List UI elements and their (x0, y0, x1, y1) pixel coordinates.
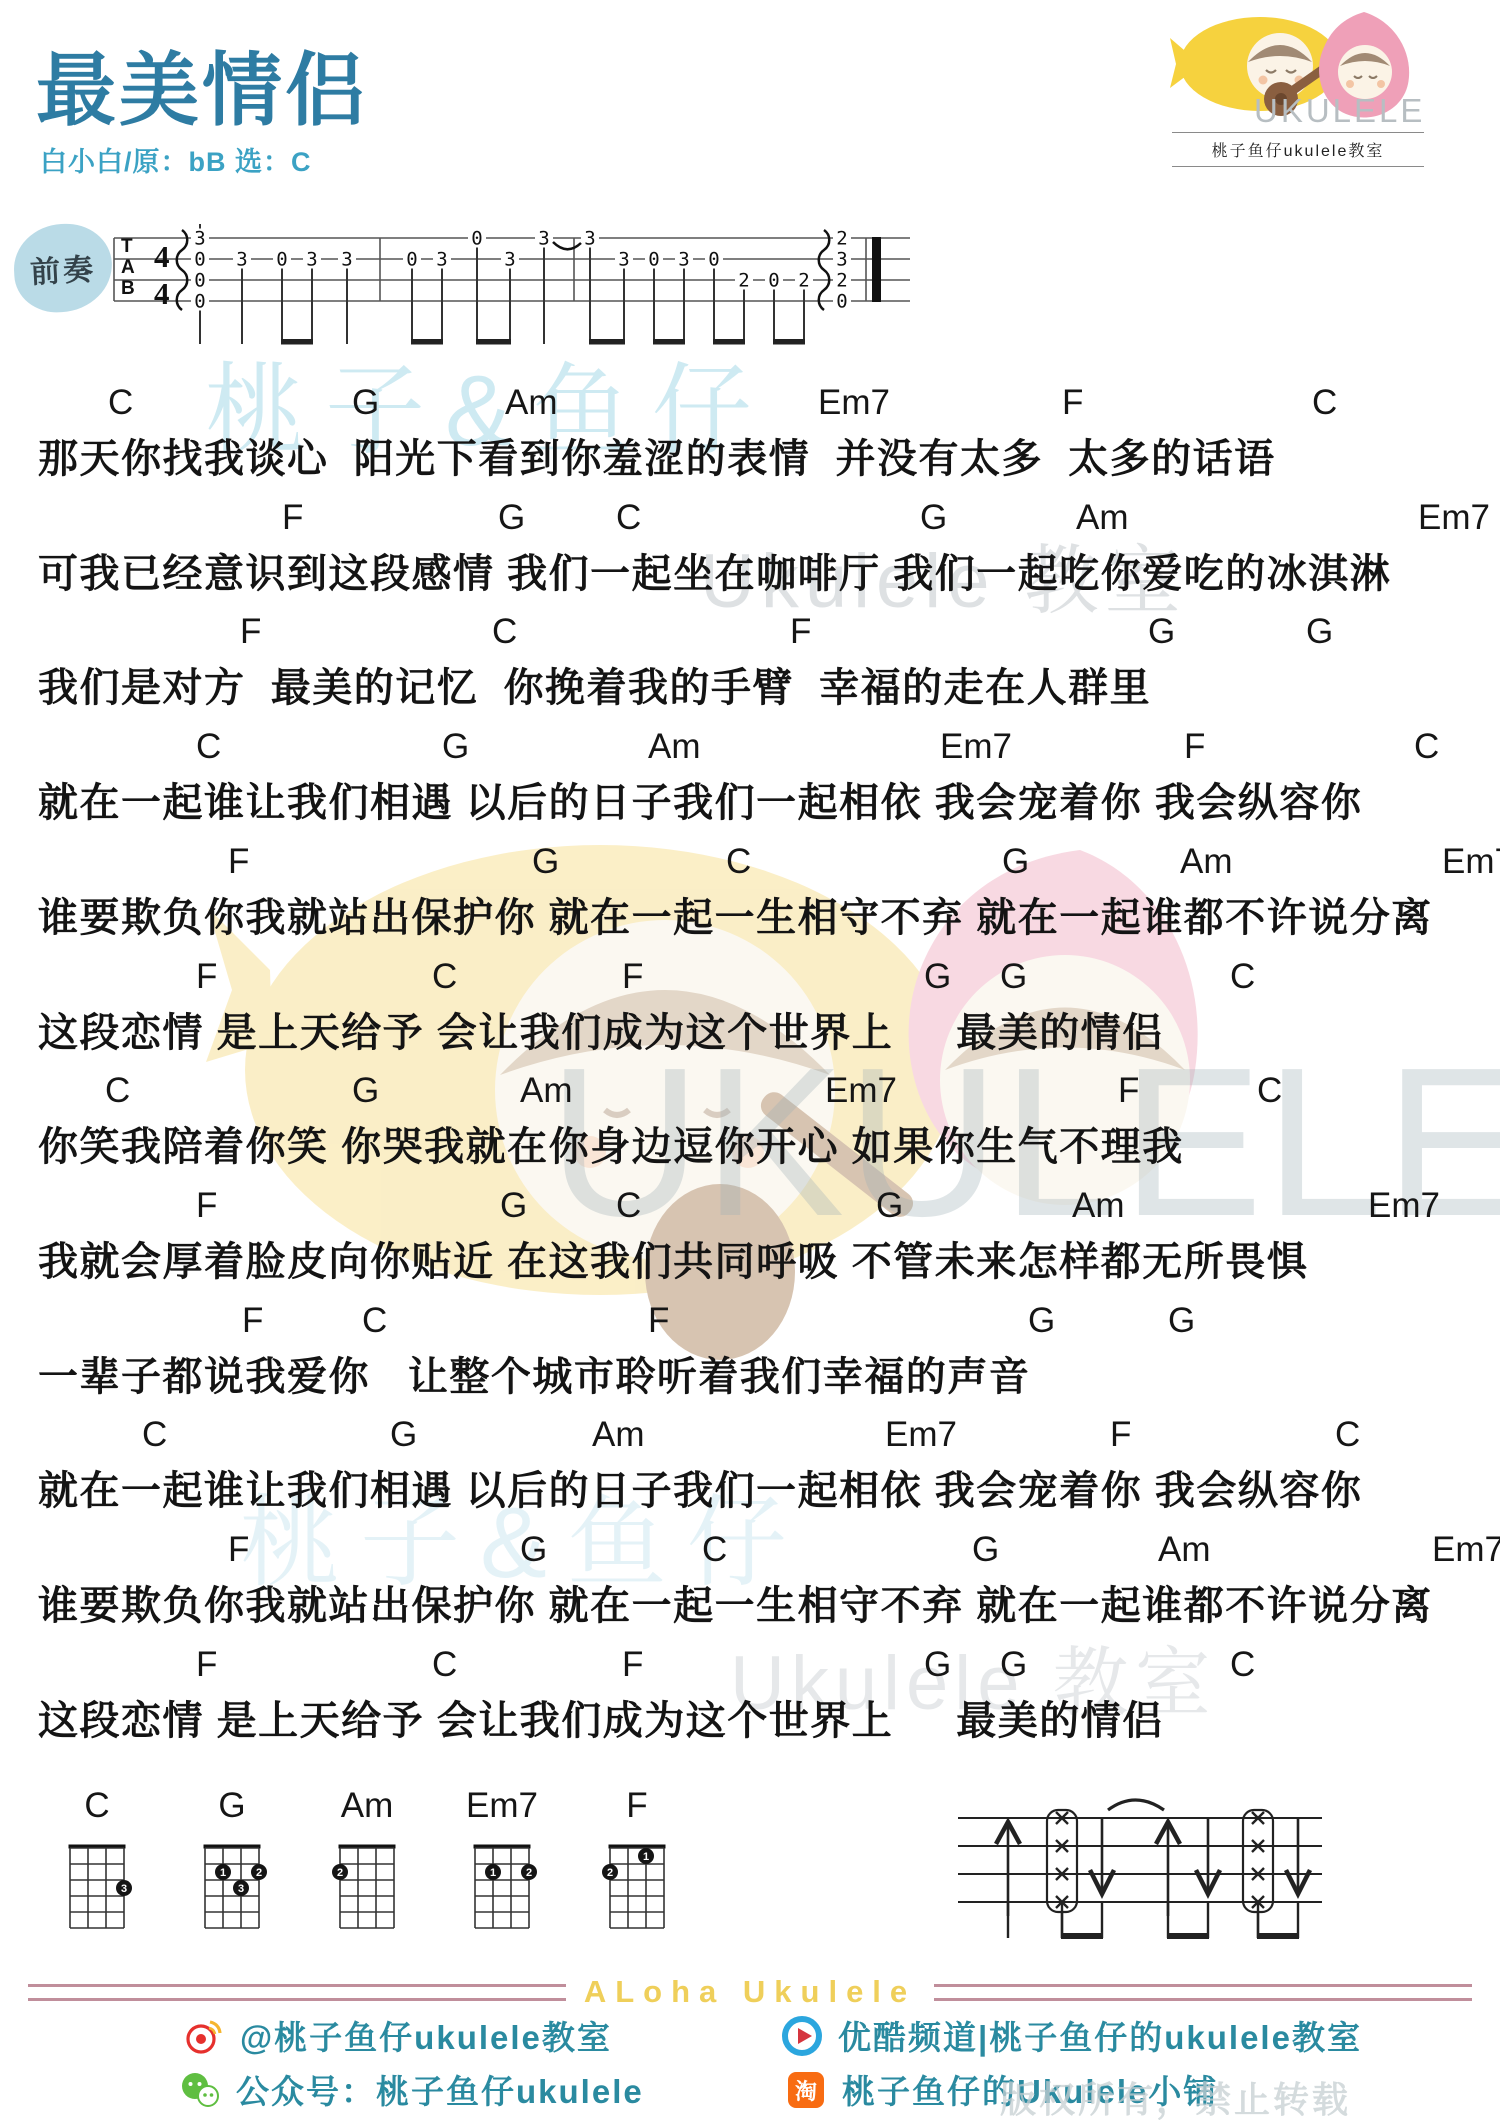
chord-label: G (876, 1186, 903, 1226)
svg-text:2: 2 (798, 270, 809, 292)
chord-label: C (492, 612, 517, 652)
svg-text:2: 2 (738, 270, 749, 292)
chord-label: Em7 (1432, 1530, 1500, 1570)
chord-diagram-label: Em7 (463, 1786, 541, 1826)
chord-label: C (1312, 383, 1337, 423)
chord-row: FCFGGC (0, 957, 1500, 1001)
copyright-watermark: 版权所有，禁止转载 (1000, 2072, 1351, 2123)
lyric-line: 我们是对方 最美的记忆 你挽着我的手臂 幸福的走在人群里 (38, 656, 1498, 713)
chord-label: G (1148, 612, 1175, 652)
chord-label: F (228, 842, 249, 882)
svg-text:T: T (121, 236, 133, 257)
svg-text:1: 1 (490, 1867, 496, 1879)
chord-label: G (920, 498, 947, 538)
svg-text:3: 3 (618, 249, 629, 271)
chord-label: Em7 (1368, 1186, 1440, 1226)
chord-label: Em7 (818, 383, 890, 423)
chord-label: G (1306, 612, 1333, 652)
intro-label-badge: 前奏 (12, 221, 114, 314)
wechat-icon (178, 2068, 222, 2112)
divider-line-left (28, 1984, 566, 2001)
chord-label: F (1110, 1415, 1131, 1455)
svg-text:3: 3 (194, 228, 205, 250)
svg-text:0: 0 (406, 249, 417, 271)
chord-label: G (352, 383, 379, 423)
chord-label: C (616, 498, 641, 538)
svg-text:0: 0 (708, 249, 719, 271)
sheet-page: 桃子&鱼仔Ukulele 教室UKULELE桃子&鱼仔Ukulele 教室 最美… (0, 0, 1500, 2123)
svg-text:0: 0 (194, 270, 205, 292)
chord-label: Am (1158, 1530, 1211, 1570)
svg-text:3: 3 (504, 249, 515, 271)
chord-label: Em7 (885, 1415, 957, 1455)
chord-row: FCFGGC (0, 1645, 1500, 1689)
chord-label: C (196, 727, 221, 767)
chord-row: FGCGAmEm7 (0, 1186, 1500, 1230)
chord-label: G (924, 957, 951, 997)
svg-text:2: 2 (256, 1867, 262, 1879)
footer-item-youku: 优酷频道|桃子鱼仔的ukulele教室 (780, 2012, 1362, 2059)
chord-label: G (1002, 842, 1029, 882)
chord-label: G (1000, 1645, 1027, 1685)
chord-label: Am (1180, 842, 1233, 882)
lyric-line: 这段恋情 是上天给予 会让我们成为这个世界上 最美的情侣 (38, 1689, 1498, 1746)
lyric-line: 就在一起谁让我们相遇 以后的日子我们一起相依 我会宠着你 我会纵容你 (38, 771, 1498, 828)
chord-label: F (1184, 727, 1205, 767)
chord-label: C (726, 842, 751, 882)
svg-text:3: 3 (584, 228, 595, 250)
svg-text:3: 3 (341, 249, 352, 271)
chord-diagram-label: F (598, 1786, 676, 1826)
svg-text:0: 0 (471, 228, 482, 250)
chord-label: Em7 (1418, 498, 1490, 538)
chord-row: FGCGAmEm7 (0, 842, 1500, 886)
logo-caption: 桃子鱼仔ukulele教室 (1172, 132, 1424, 167)
lyric-line: 我就会厚着脸皮向你贴近 在这我们共同呼吸 不管未来怎样都无所畏惧 (38, 1230, 1498, 1287)
chord-label: F (228, 1530, 249, 1570)
chord-label: G (442, 727, 469, 767)
chord-row: CGAmEm7FC (0, 727, 1500, 771)
svg-text:0: 0 (276, 249, 287, 271)
chord-row: CGAmEm7FC (0, 383, 1500, 427)
lyric-line: 那天你找我谈心 阳光下看到你羞涩的表情 并没有太多 太多的话语 (38, 427, 1498, 484)
chord-label: C (1335, 1415, 1360, 1455)
chord-label: G (500, 1186, 527, 1226)
lyric-line: 就在一起谁让我们相遇 以后的日子我们一起相依 我会宠着你 我会纵容你 (38, 1459, 1498, 1516)
lyric-line: 谁要欺负你我就站出保护你 就在一起一生相守不弃 就在一起谁都不许说分离 (38, 886, 1498, 943)
chord-label: G (352, 1071, 379, 1111)
chord-label: Am (1076, 498, 1129, 538)
svg-text:3: 3 (836, 249, 847, 271)
chord-label: F (1062, 383, 1083, 423)
svg-text:2: 2 (836, 270, 847, 292)
chord-diagram-em7: 12 (463, 1832, 541, 1937)
youku-icon (780, 2014, 824, 2058)
svg-text:淘: 淘 (795, 2079, 817, 2104)
chord-label: Am (1072, 1186, 1125, 1226)
svg-text:0: 0 (194, 249, 205, 271)
chord-row: FGCGAmEm7 (0, 498, 1500, 542)
intro-tab-staff: TAB443000303303033330302022320 (112, 222, 912, 362)
chord-row: FCFGG (0, 612, 1500, 656)
svg-text:3: 3 (236, 249, 247, 271)
svg-text:0: 0 (194, 291, 205, 313)
svg-text:2: 2 (337, 1867, 343, 1879)
chord-diagram-label: C (58, 1786, 136, 1826)
svg-text:2: 2 (526, 1867, 532, 1879)
chord-row: FGCGAmEm7 (0, 1530, 1500, 1574)
svg-text:3: 3 (306, 249, 317, 271)
chord-label: C (105, 1071, 130, 1111)
chord-label: G (924, 1645, 951, 1685)
chord-label: F (1118, 1071, 1139, 1111)
chord-label: G (498, 498, 525, 538)
chord-diagram-g: 123 (193, 1832, 271, 1937)
strum-pattern (950, 1798, 1330, 1953)
svg-text:2: 2 (836, 228, 847, 250)
chord-label: C (432, 957, 457, 997)
chord-label: Em7 (1442, 842, 1500, 882)
chord-label: F (196, 1645, 217, 1685)
svg-text:0: 0 (648, 249, 659, 271)
chord-label: C (108, 383, 133, 423)
chord-label: F (242, 1301, 263, 1341)
chord-row: CGAmEm7FC (0, 1415, 1500, 1459)
svg-text:4: 4 (154, 239, 170, 274)
chord-diagram-label: G (193, 1786, 271, 1826)
chord-label: C (1230, 957, 1255, 997)
chord-label: Am (648, 727, 701, 767)
logo-brand-text: UKULELE (1254, 92, 1425, 128)
chord-label: G (520, 1530, 547, 1570)
chord-row: FCFGG (0, 1301, 1500, 1345)
page-subtitle: 白小白/原：bB 选：C (40, 140, 312, 179)
chord-label: Am (505, 383, 558, 423)
chord-label: F (622, 957, 643, 997)
svg-text:3: 3 (436, 249, 447, 271)
lyric-line: 你笑我陪着你笑 你哭我就在你身边逗你开心 如果你生气不理我 (38, 1115, 1498, 1172)
chord-label: C (1414, 727, 1439, 767)
strum-pattern-staff (950, 1798, 1330, 1948)
svg-text:B: B (121, 278, 135, 299)
chord-diagram-f: 12 (598, 1832, 676, 1937)
divider: ALoha Ukulele (28, 1972, 1472, 2012)
chord-row: CGAmEm7FC (0, 1071, 1500, 1115)
lyric-line: 可我已经意识到这段感情 我们一起坐在咖啡厅 我们一起吃你爱吃的冰淇淋 (38, 542, 1498, 599)
chord-label: F (648, 1301, 669, 1341)
footer-item-weibo: @桃子鱼仔ukulele教室 (182, 2012, 612, 2059)
lyric-line: 谁要欺负你我就站出保护你 就在一起一生相守不弃 就在一起谁都不许说分离 (38, 1574, 1498, 1631)
svg-text:0: 0 (768, 270, 779, 292)
chord-label: F (196, 957, 217, 997)
chord-label: Em7 (825, 1071, 897, 1111)
chord-label: F (622, 1645, 643, 1685)
taobao-icon: 淘 (784, 2068, 828, 2112)
svg-text:2: 2 (607, 1867, 613, 1879)
chord-label: C (616, 1186, 641, 1226)
chord-diagram-c: 3 (58, 1832, 136, 1937)
divider-line-right (934, 1984, 1472, 2001)
svg-text:0: 0 (836, 291, 847, 313)
intro-tablature: TAB443000303303033330302022320 (112, 222, 912, 367)
chord-label: G (972, 1530, 999, 1570)
svg-text:4: 4 (154, 276, 170, 311)
weibo-icon (182, 2014, 226, 2058)
chord-label: G (1028, 1301, 1055, 1341)
chord-diagram-am: 2 (328, 1832, 406, 1937)
lyric-line: 这段恋情 是上天给予 会让我们成为这个世界上 最美的情侣 (38, 1001, 1498, 1058)
chord-label: C (1257, 1071, 1282, 1111)
chord-label: F (790, 612, 811, 652)
chord-label: F (282, 498, 303, 538)
svg-text:3: 3 (121, 1883, 127, 1895)
svg-text:1: 1 (220, 1867, 226, 1879)
lyric-line: 一辈子都说我爱你 让整个城市聆听着我们幸福的声音 (38, 1345, 1498, 1402)
chord-label: G (1000, 957, 1027, 997)
chord-label: Am (520, 1071, 573, 1111)
footer-item-text: 优酷频道|桃子鱼仔的ukulele教室 (838, 2012, 1362, 2059)
chord-label: Am (592, 1415, 645, 1455)
svg-text:1: 1 (643, 1851, 649, 1863)
svg-text:3: 3 (678, 249, 689, 271)
chord-label: F (196, 1186, 217, 1226)
chord-label: G (1168, 1301, 1195, 1341)
chord-label: C (432, 1645, 457, 1685)
footer-item-wechat: 公众号：桃子鱼仔ukulele (178, 2066, 644, 2113)
divider-label: ALoha Ukulele (584, 1974, 916, 2010)
chord-label: C (142, 1415, 167, 1455)
svg-text:3: 3 (538, 228, 549, 250)
chord-diagram-label: Am (328, 1786, 406, 1826)
studio-logo: UKULELE (1168, 2, 1426, 128)
svg-text:3: 3 (238, 1883, 244, 1895)
chord-label: F (240, 612, 261, 652)
intro-label: 前奏 (29, 244, 97, 291)
footer-item-text: @桃子鱼仔ukulele教室 (240, 2012, 612, 2059)
svg-text:A: A (121, 257, 135, 278)
chord-label: G (532, 842, 559, 882)
page-title: 最美情侣 (36, 26, 368, 141)
chord-label: Em7 (940, 727, 1012, 767)
chord-label: C (1230, 1645, 1255, 1685)
footer-item-text: 公众号：桃子鱼仔ukulele (236, 2066, 644, 2113)
chord-label: C (702, 1530, 727, 1570)
chord-label: C (362, 1301, 387, 1341)
chord-label: G (390, 1415, 417, 1455)
